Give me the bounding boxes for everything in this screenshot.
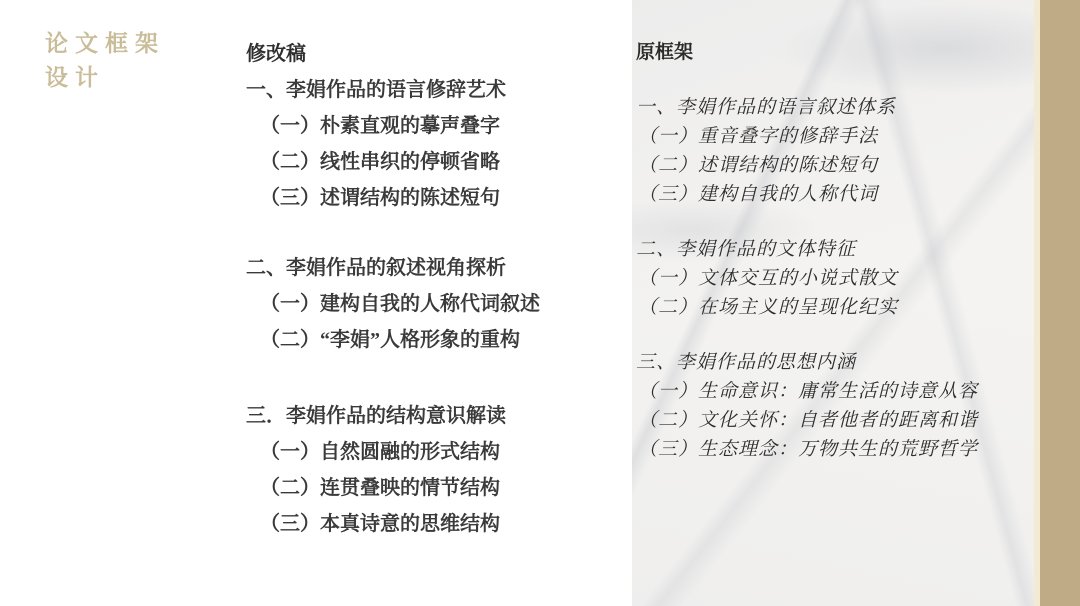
- revised-section-2: 二、李娟作品的叙述视角探析 （一）建构自我的人称代词叙述 （二）“李娟”人格形象…: [246, 250, 616, 358]
- slide-title-line-2: 设计: [45, 60, 165, 94]
- slide-title-line-1: 论文框架: [45, 26, 165, 60]
- outline-item: （二）线性串织的停顿省略: [260, 144, 616, 180]
- section-title: 二、李娟作品的文体特征: [636, 235, 1032, 264]
- outline-item: （一）朴素直观的摹声叠字: [260, 108, 616, 144]
- outline-item: （三）本真诗意的思维结构: [260, 506, 616, 542]
- outline-item: （一）重音叠字的修辞手法: [638, 122, 1032, 151]
- outline-item: （一）生命意识：庸常生活的诗意从容: [638, 377, 1032, 406]
- outline-item: （二）连贯叠映的情节结构: [260, 470, 616, 506]
- outline-item: （三）建构自我的人称代词: [638, 180, 1032, 209]
- revised-heading: 修改稿: [246, 36, 616, 72]
- presentation-slide: 论文框架 设计 修改稿 一、李娟作品的语言修辞艺术 （一）朴素直观的摹声叠字 （…: [0, 0, 1080, 606]
- outline-item: （三）生态理念：万物共生的荒野哲学: [638, 435, 1032, 464]
- tan-accent-bar: [1040, 0, 1080, 606]
- section-title: 一、李娟作品的语言叙述体系: [636, 93, 1032, 122]
- section-title: 三、李娟作品的思想内涵: [636, 348, 1032, 377]
- outline-item: （一）建构自我的人称代词叙述: [260, 286, 616, 322]
- original-heading: 原框架: [636, 38, 1032, 67]
- revised-section-3: 三．李娟作品的结构意识解读 （一）自然圆融的形式结构 （二）连贯叠映的情节结构 …: [246, 398, 616, 542]
- revised-section-1: 一、李娟作品的语言修辞艺术 （一）朴素直观的摹声叠字 （二）线性串织的停顿省略 …: [246, 72, 616, 216]
- original-framework-column: 原框架 一、李娟作品的语言叙述体系 （一）重音叠字的修辞手法 （二）述谓结构的陈…: [636, 38, 1032, 464]
- original-section-3: 三、李娟作品的思想内涵 （一）生命意识：庸常生活的诗意从容 （二）文化关怀：自者…: [636, 348, 1032, 464]
- section-title: 一、李娟作品的语言修辞艺术: [246, 72, 616, 108]
- outline-item: （二）在场主义的呈现化纪实: [638, 293, 1032, 322]
- outline-item: （一）自然圆融的形式结构: [260, 434, 616, 470]
- original-section-2: 二、李娟作品的文体特征 （一）文体交互的小说式散文 （二）在场主义的呈现化纪实: [636, 235, 1032, 322]
- outline-item: （一）文体交互的小说式散文: [638, 264, 1032, 293]
- outline-item: （二）“李娟”人格形象的重构: [260, 322, 616, 358]
- slide-title: 论文框架 设计: [45, 26, 165, 94]
- section-title: 三．李娟作品的结构意识解读: [246, 398, 616, 434]
- original-section-1: 一、李娟作品的语言叙述体系 （一）重音叠字的修辞手法 （二）述谓结构的陈述短句 …: [636, 93, 1032, 209]
- section-title: 二、李娟作品的叙述视角探析: [246, 250, 616, 286]
- marble-panel: 原框架 一、李娟作品的语言叙述体系 （一）重音叠字的修辞手法 （二）述谓结构的陈…: [632, 0, 1034, 606]
- outline-item: （二）述谓结构的陈述短句: [638, 151, 1032, 180]
- revised-draft-column: 修改稿 一、李娟作品的语言修辞艺术 （一）朴素直观的摹声叠字 （二）线性串织的停…: [246, 36, 616, 542]
- outline-item: （三）述谓结构的陈述短句: [260, 180, 616, 216]
- outline-item: （二）文化关怀：自者他者的距离和谐: [638, 406, 1032, 435]
